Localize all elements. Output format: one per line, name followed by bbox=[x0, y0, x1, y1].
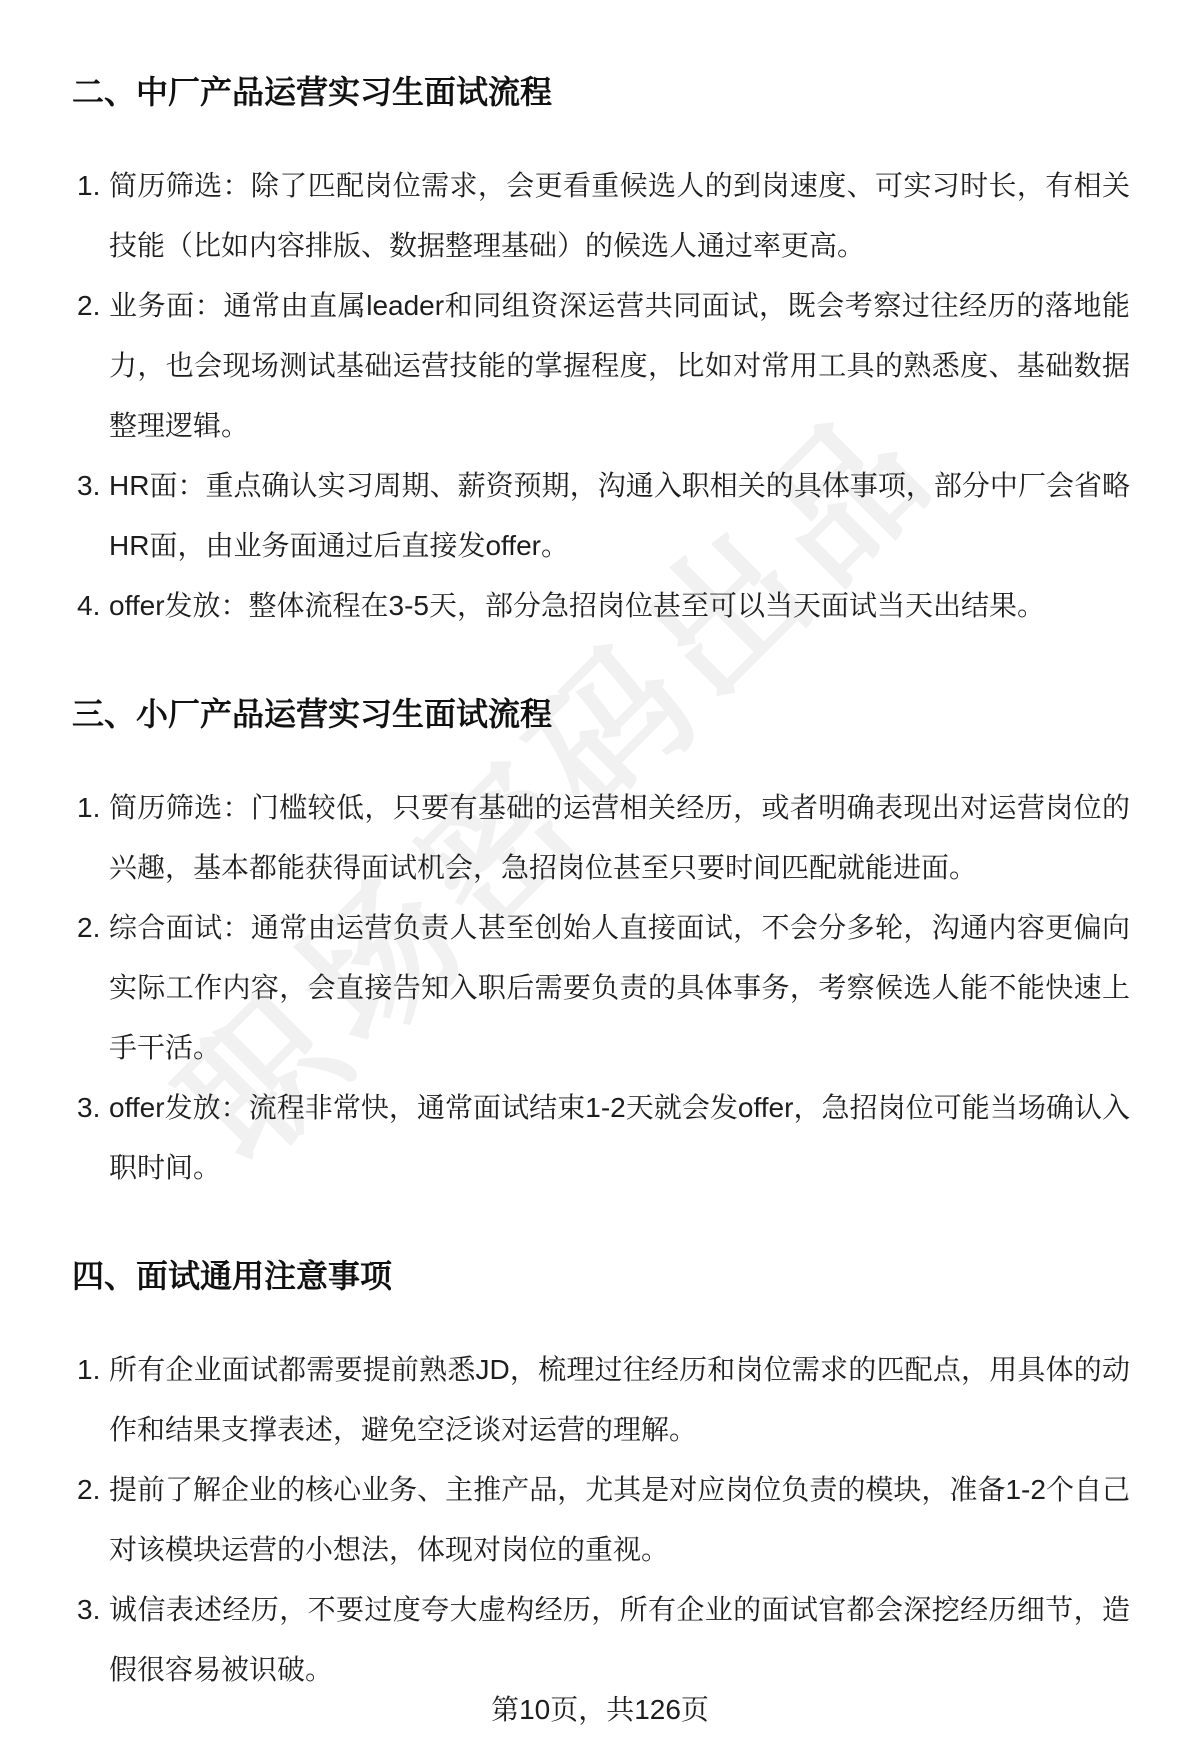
list-item: 2. 提前了解企业的核心业务、主推产品，尤其是对应岗位负责的模块，准备1-2个自… bbox=[72, 1460, 1130, 1580]
item-number: 3. bbox=[72, 456, 109, 516]
item-text: 业务面：通常由直属leader和同组资深运营共同面试，既会考察过往经历的落地能力… bbox=[109, 276, 1130, 456]
list-item: 1. 简历筛选：门槛较低，只要有基础的运营相关经历，或者明确表现出对运营岗位的兴… bbox=[72, 778, 1130, 898]
item-text: HR面：重点确认实习周期、薪资预期，沟通入职相关的具体事项，部分中厂会省略HR面… bbox=[109, 456, 1130, 576]
section-heading-mid-company: 二、中厂产品运营实习生面试流程 bbox=[72, 72, 1130, 112]
item-text: 简历筛选：除了匹配岗位需求，会更看重候选人的到岗速度、可实习时长，有相关技能（比… bbox=[109, 156, 1130, 276]
list-item: 3. offer发放：流程非常快，通常面试结束1-2天就会发offer，急招岗位… bbox=[72, 1078, 1130, 1198]
item-number: 3. bbox=[72, 1078, 109, 1138]
item-text: offer发放：流程非常快，通常面试结束1-2天就会发offer，急招岗位可能当… bbox=[109, 1078, 1130, 1198]
list-item: 1. 所有企业面试都需要提前熟悉JD，梳理过往经历和岗位需求的匹配点，用具体的动… bbox=[72, 1340, 1130, 1460]
list-item: 4. offer发放：整体流程在3-5天，部分急招岗位甚至可以当天面试当天出结果… bbox=[72, 576, 1130, 636]
item-number: 1. bbox=[72, 156, 109, 216]
item-number: 3. bbox=[72, 1580, 109, 1640]
list-item: 2. 业务面：通常由直属leader和同组资深运营共同面试，既会考察过往经历的落… bbox=[72, 276, 1130, 456]
item-text: 综合面试：通常由运营负责人甚至创始人直接面试，不会分多轮，沟通内容更偏向实际工作… bbox=[109, 898, 1130, 1078]
document-page: 职场密码出品 二、中厂产品运营实习生面试流程 1. 简历筛选：除了匹配岗位需求，… bbox=[0, 0, 1200, 1755]
item-text: 提前了解企业的核心业务、主推产品，尤其是对应岗位负责的模块，准备1-2个自己对该… bbox=[109, 1460, 1130, 1580]
item-number: 4. bbox=[72, 576, 109, 636]
item-number: 1. bbox=[72, 1340, 109, 1400]
list-item: 3. HR面：重点确认实习周期、薪资预期，沟通入职相关的具体事项，部分中厂会省略… bbox=[72, 456, 1130, 576]
list-item: 2. 综合面试：通常由运营负责人甚至创始人直接面试，不会分多轮，沟通内容更偏向实… bbox=[72, 898, 1130, 1078]
item-number: 2. bbox=[72, 1460, 109, 1520]
page-content: 二、中厂产品运营实习生面试流程 1. 简历筛选：除了匹配岗位需求，会更看重候选人… bbox=[0, 0, 1200, 1700]
general-notes-list: 1. 所有企业面试都需要提前熟悉JD，梳理过往经历和岗位需求的匹配点，用具体的动… bbox=[72, 1340, 1130, 1700]
item-number: 2. bbox=[72, 898, 109, 958]
page-number: 第10页，共126页 bbox=[0, 1680, 1200, 1740]
section-heading-small-company: 三、小厂产品运营实习生面试流程 bbox=[72, 694, 1130, 734]
mid-company-process-list: 1. 简历筛选：除了匹配岗位需求，会更看重候选人的到岗速度、可实习时长，有相关技… bbox=[72, 156, 1130, 636]
item-text: 所有企业面试都需要提前熟悉JD，梳理过往经历和岗位需求的匹配点，用具体的动作和结… bbox=[109, 1340, 1130, 1460]
list-item: 1. 简历筛选：除了匹配岗位需求，会更看重候选人的到岗速度、可实习时长，有相关技… bbox=[72, 156, 1130, 276]
small-company-process-list: 1. 简历筛选：门槛较低，只要有基础的运营相关经历，或者明确表现出对运营岗位的兴… bbox=[72, 778, 1130, 1198]
item-text: 简历筛选：门槛较低，只要有基础的运营相关经历，或者明确表现出对运营岗位的兴趣，基… bbox=[109, 778, 1130, 898]
item-number: 1. bbox=[72, 778, 109, 838]
item-text: offer发放：整体流程在3-5天，部分急招岗位甚至可以当天面试当天出结果。 bbox=[109, 576, 1130, 636]
section-heading-general-notes: 四、面试通用注意事项 bbox=[72, 1256, 1130, 1296]
item-number: 2. bbox=[72, 276, 109, 336]
